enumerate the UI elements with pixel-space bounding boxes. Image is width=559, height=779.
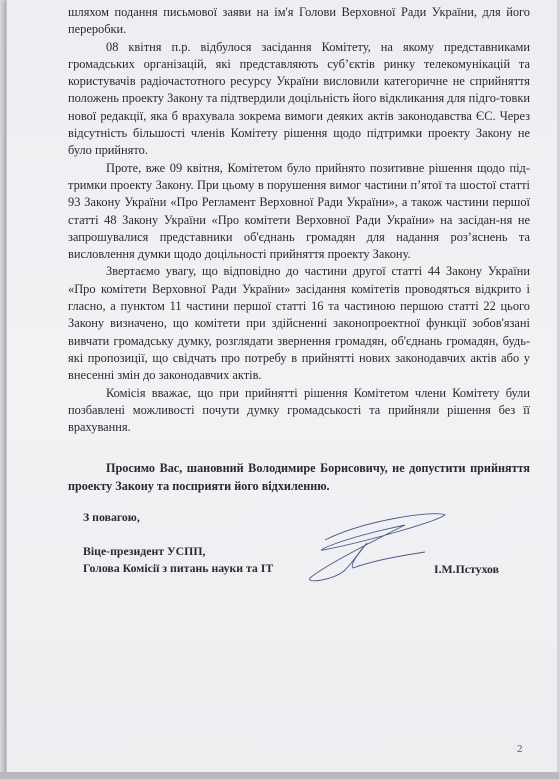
paragraph-commission-opinion: Комісія вважає, що при прийнятті рішення…	[68, 385, 530, 437]
handwritten-signature-icon	[305, 510, 455, 590]
paragraph-decision: Проте, вже 09 квітня, Комітетом було при…	[68, 160, 530, 264]
letter-body: шляхом подання письмової заяви на ім'я Г…	[68, 4, 530, 495]
paragraph-committee-meeting: 08 квітня п.р. відбулося засідання Коміт…	[68, 39, 530, 160]
signatory-title-line1: Віце-президент УСПП,	[83, 543, 273, 560]
signatory-title: Віце-президент УСПП, Голова Комісії з пи…	[83, 543, 273, 577]
page-number: 2	[517, 743, 523, 755]
signatory-title-line2: Голова Комісії з питань науки та ІТ	[83, 560, 273, 577]
closing-salutation: З повагою,	[83, 510, 140, 525]
paragraph-legal-basis: Звертаємо увагу, що відповідно до частин…	[68, 263, 530, 384]
signatory-name: І.М.Пстухов	[434, 562, 499, 577]
plea-paragraph: Просимо Вас, шановний Володимире Борисов…	[68, 460, 530, 495]
document-page: шляхом подання письмової заяви на ім'я Г…	[6, 0, 557, 774]
page-bottom-edge	[0, 772, 559, 779]
paragraph-continuation: шляхом подання письмової заяви на ім'я Г…	[68, 4, 530, 39]
